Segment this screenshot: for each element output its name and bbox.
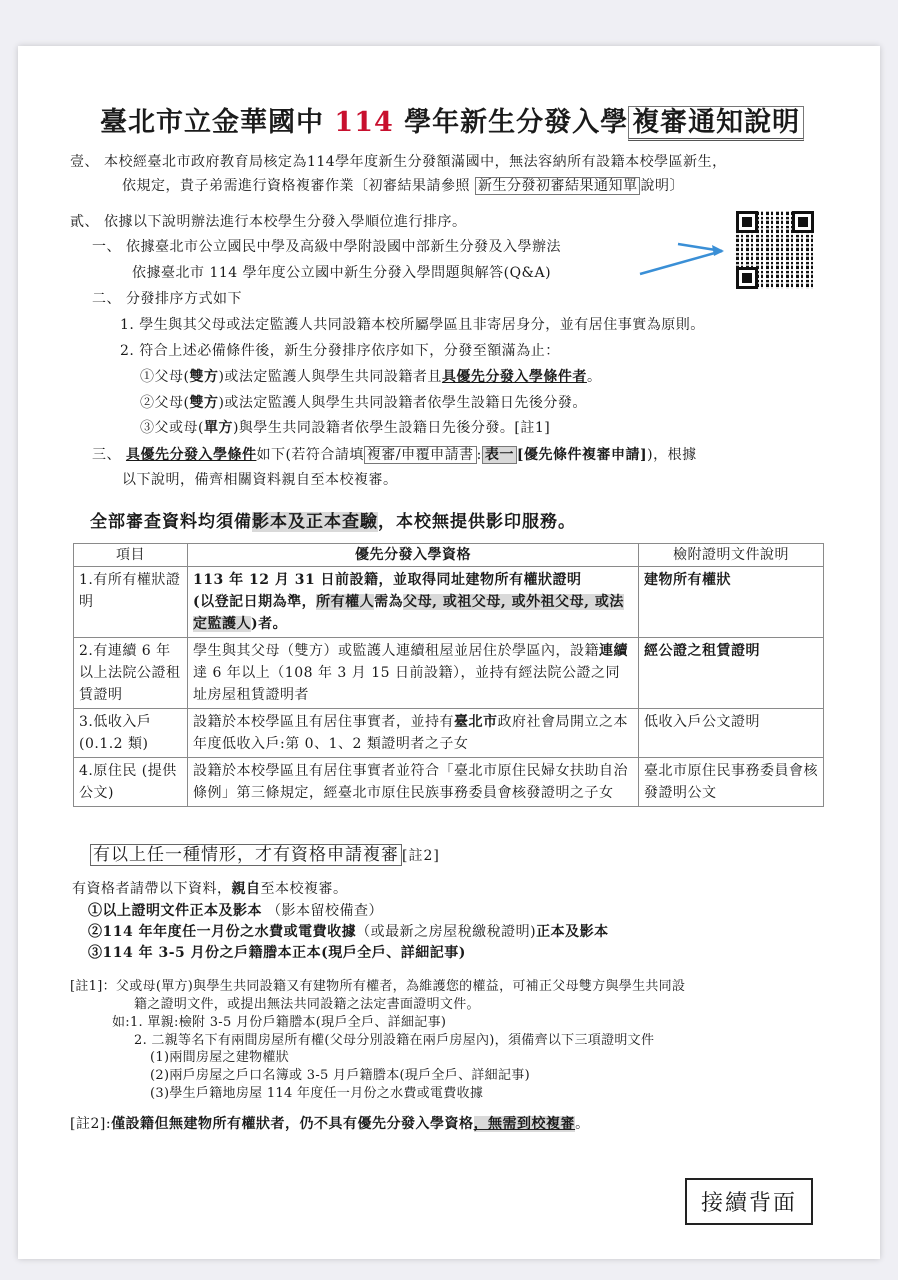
order3-pre: ③父或母( [140, 420, 204, 436]
row-document: 低收入戶公文證明 [639, 709, 824, 758]
row-item: 1.有所有權狀證明 [74, 567, 188, 638]
note2-highlight: ，無需到校複審 [474, 1116, 576, 1132]
note2: [註2]:僅設籍但無建物所有權狀者，仍不具有優先分發入學資格，無需到校複審。 [70, 1113, 590, 1133]
note2-bold: 僅設籍但無建物所有權狀者，仍不具有優先分發入學資格 [111, 1116, 474, 1132]
order1-pre: ①父母( [140, 369, 189, 385]
title-middle: 學年新生分發入學 [394, 107, 628, 138]
item3-bold: [優先條件複審申請] [517, 447, 647, 463]
note1-line1: [註1]：父或母(單方)與學生共同設籍又有建物所有權者，為維護您的權益，可補正父… [70, 975, 685, 994]
order3-bold: 單方 [204, 420, 233, 436]
section1-marker: 壹、 [70, 154, 99, 170]
item3-post: )，根據 [647, 447, 696, 463]
order2-pre: ②父母( [140, 395, 189, 411]
order1-underlined: 具優先分發入學條件者 [442, 369, 587, 385]
note1-label: [註1]： [70, 979, 116, 994]
table-row: 4.原住民 (提供公文) 設籍於本校學區且有居住事實者並符合「臺北市原住民婦女扶… [74, 758, 824, 807]
order1-post: 。 [587, 369, 602, 385]
note1-example2b: (2)兩戶房屋之戶口名簿或 3-5 月戶籍謄本(現戶全戶、詳細記事) [150, 1064, 530, 1083]
section2-heading: 貳、 依據以下說明辦法進行本校學生分發入學順位進行排序。 [70, 211, 466, 231]
order1-bold: 雙方 [189, 369, 218, 385]
section1-text2-end: 說明〕 [640, 178, 684, 194]
note1-example1: 如:1. 單親:檢附 3-5 月份戶籍謄本(現戶全戶、詳細記事) [112, 1011, 446, 1030]
section1-text2: 依規定，貴子弟需進行資格複審作業〔初審結果請參照 [122, 178, 475, 194]
title-prefix: 臺北市立金華國中 [100, 107, 334, 138]
notice-form-name: 新生分發初審結果通知單 [475, 177, 641, 195]
rule-2: 2. 符合上述必備條件後，新生分發排序依序如下，分發至額滿為止： [120, 340, 560, 360]
item3-underlined: 具優先分發入學條件 [126, 447, 257, 463]
order2-bold: 雙方 [189, 395, 218, 411]
bring-intro-bold: 親自 [232, 881, 261, 897]
qual-text: 113 年 12 月 31 日前設籍，並取得同址建物所有權狀證明 [193, 572, 582, 588]
row-qualification: 113 年 12 月 31 日前設籍，並取得同址建物所有權狀證明 (以登記日期為… [188, 567, 639, 638]
row-document: 經公證之租賃證明 [639, 638, 824, 709]
item1-marker: 一、 [92, 239, 121, 255]
arrow-pointer-icon [630, 236, 730, 280]
note1-example2c: (3)學生戶籍地房屋 114 年度任一月份之水費或電費收據 [150, 1082, 483, 1101]
header-documents: 檢附證明文件說明 [639, 544, 824, 567]
row-qualification: 設籍於本校學區且有居住事實者並符合「臺北市原住民婦女扶助自治條例」第三條規定，經… [188, 758, 639, 807]
eligibility-ref: [註2] [402, 848, 440, 864]
order-2: ②父母(雙方)或法定監護人與學生共同設籍者依學生設籍日先後分發。 [140, 392, 587, 412]
table-row: 3.低收入戶 (0.1.2 類) 設籍於本校學區且有居住事實者，並持有臺北市政府… [74, 709, 824, 758]
eligibility-boxed: 有以上任一種情形，才有資格申請複審 [90, 844, 402, 866]
table-row: 2.有連續 6 年以上法院公證租賃證明 學生與其父母（雙方）或監護人連續租屋並居… [74, 638, 824, 709]
table-header-row: 項目 優先分發入學資格 檢附證明文件說明 [74, 544, 824, 567]
note2-post: 。 [575, 1116, 590, 1132]
bring-intro: 有資格者請帶以下資料，親自至本校複審。 [72, 878, 348, 898]
qual-bold: 連續 [599, 643, 628, 659]
section2-item3-line2: 以下說明，備齊相關資料親自至本校複審。 [122, 469, 398, 489]
section1-line2: 依規定，貴子弟需進行資格複審作業〔初審結果請參照 新生分發初審結果通知單說明〕 [122, 175, 684, 195]
bring-intro-pre: 有資格者請帶以下資料， [72, 881, 232, 897]
order2-post: )或法定監護人與學生共同設籍者依學生設籍日先後分發。 [218, 395, 586, 411]
section2-item1-line1: 一、 依據臺北市公立國民中學及高級中學附設國中部新生分發及入學辦法 [92, 236, 561, 256]
notice-highlight: 影本及正本查驗 [252, 512, 378, 532]
bring-item-2: ②114 年年度任一月份之水費或電費收據（或最新之房屋稅繳稅證明)正本及影本 [88, 921, 609, 941]
qual-text: 達 6 年以上（108 年 3 月 15 日前設籍），並持有經法院公證之同址房屋… [193, 665, 620, 703]
order-1: ①父母(雙方)或法定監護人與學生共同設籍者且具優先分發入學條件者。 [140, 366, 601, 386]
application-form-name: 複審/申覆申請書 [364, 446, 477, 464]
form-table-one: 表一 [482, 446, 517, 464]
qr-code-icon[interactable] [736, 211, 814, 289]
section2-item2: 二、 分發排序方式如下 [92, 288, 242, 308]
bring-item2-bold: ②114 年年度任一月份之水費或電費收據 [88, 924, 356, 940]
section2-heading-text: 依據以下說明辦法進行本校學生分發入學順位進行排序。 [104, 214, 467, 230]
continue-on-back-label: 接續背面 [685, 1178, 813, 1225]
item2-marker: 二、 [92, 291, 121, 307]
rule-1: 1. 學生與其父母或法定監護人共同設籍本校所屬學區且非寄居身分，並有居住事實為原… [120, 314, 705, 334]
row-qualification: 學生與其父母（雙方）或監護人連續租屋並居住於學區內，設籍連續達 6 年以上（10… [188, 638, 639, 709]
copy-notice: 全部審查資料均須備影本及正本查驗，本校無提供影印服務。 [90, 507, 576, 532]
qual-highlight: 所有權人 [316, 594, 374, 610]
header-qualification: 優先分發入學資格 [188, 544, 639, 567]
section2-marker: 貳、 [70, 214, 99, 230]
bring-item1-post: （影本留校備查） [267, 903, 383, 919]
note1-line2: 籍之證明文件，或提出無法共同設籍之法定書面證明文件。 [134, 993, 480, 1012]
row-item: 3.低收入戶 (0.1.2 類) [74, 709, 188, 758]
title-year: 114 [334, 107, 393, 138]
bring-item-1: ①以上證明文件正本及影本 （影本留校備查） [88, 900, 383, 920]
eligibility-statement: 有以上任一種情形，才有資格申請複審[註2] [90, 840, 440, 865]
qual-text: (以登記日期為準， [193, 594, 316, 610]
row-item: 2.有連續 6 年以上法院公證租賃證明 [74, 638, 188, 709]
table-row: 1.有所有權狀證明 113 年 12 月 31 日前設籍，並取得同址建物所有權狀… [74, 567, 824, 638]
row-document: 臺北市原住民事務委員會核發證明公文 [639, 758, 824, 807]
header-item: 項目 [74, 544, 188, 567]
page-title: 臺北市立金華國中 114 學年新生分發入學複審通知說明 [100, 100, 804, 139]
row-qualification: 設籍於本校學區且有居住事實者，並持有臺北市政府社會局開立之本年度低收入戶:第 0… [188, 709, 639, 758]
bring-item1-bold: ①以上證明文件正本及影本 [88, 903, 262, 919]
notice-pre: 全部審查資料均須備 [90, 512, 252, 532]
section2-item3-line1: 三、 具優先分發入學條件如下(若符合請填複審/申覆申請書:表一[優先條件複審申請… [92, 444, 697, 464]
item2-heading: 分發排序方式如下 [126, 291, 242, 307]
section1-text1: 本校經臺北市政府教育局核定為114學年度新生分發額滿國中，無法容納所有設籍本校學… [104, 154, 727, 170]
qual-text: 設籍於本校學區且有居住事實者，並持有 [193, 714, 454, 730]
note2-label: [註2]: [70, 1116, 111, 1132]
qual-text: 需為 [374, 594, 403, 610]
title-boxed: 複審通知說明 [628, 106, 804, 141]
bring-item-3: ③114 年 3-5 月份之戶籍謄本正本(現戶全戶、詳細記事) [88, 942, 466, 962]
order3-post: )與學生共同設籍者依學生設籍日先後分發。[註1] [233, 420, 550, 436]
bring-intro-post: 至本校複審。 [261, 881, 348, 897]
bring-item2-mid: （或最新之房屋稅繳稅證明) [356, 924, 536, 940]
bring-item2-bold2: 正本及影本 [536, 924, 609, 940]
order-3: ③父或母(單方)與學生共同設籍者依學生設籍日先後分發。[註1] [140, 417, 550, 437]
qual-bold: 臺北市 [454, 714, 498, 730]
note1-example2a: (1)兩間房屋之建物權狀 [150, 1046, 289, 1065]
notice-post: ，本校無提供影印服務。 [378, 512, 576, 532]
item3-marker: 三、 [92, 447, 121, 463]
row-item: 4.原住民 (提供公文) [74, 758, 188, 807]
qual-text: )者。 [251, 616, 287, 632]
order1-mid: )或法定監護人與學生共同設籍者且 [218, 369, 441, 385]
item1-text1: 依據臺北市公立國民中學及高級中學附設國中部新生分發及入學辦法 [126, 239, 561, 255]
note1-text1: 父或母(單方)與學生共同設籍又有建物所有權者，為維護您的權益，可補正父母雙方與學… [116, 979, 685, 994]
section1-line1: 壹、 本校經臺北市政府教育局核定為114學年度新生分發額滿國中，無法容納所有設籍… [70, 151, 727, 171]
priority-qualification-table: 項目 優先分發入學資格 檢附證明文件說明 1.有所有權狀證明 113 年 12 … [73, 543, 824, 807]
row-document: 建物所有權狀 [639, 567, 824, 638]
item3-mid: 如下(若符合請填 [256, 447, 363, 463]
qual-text: 學生與其父母（雙方）或監護人連續租屋並居住於學區內，設籍 [193, 643, 599, 659]
section2-item1-line2: 依據臺北市 114 學年度公立國中新生分發入學問題與解答(Q&A) [132, 262, 551, 282]
